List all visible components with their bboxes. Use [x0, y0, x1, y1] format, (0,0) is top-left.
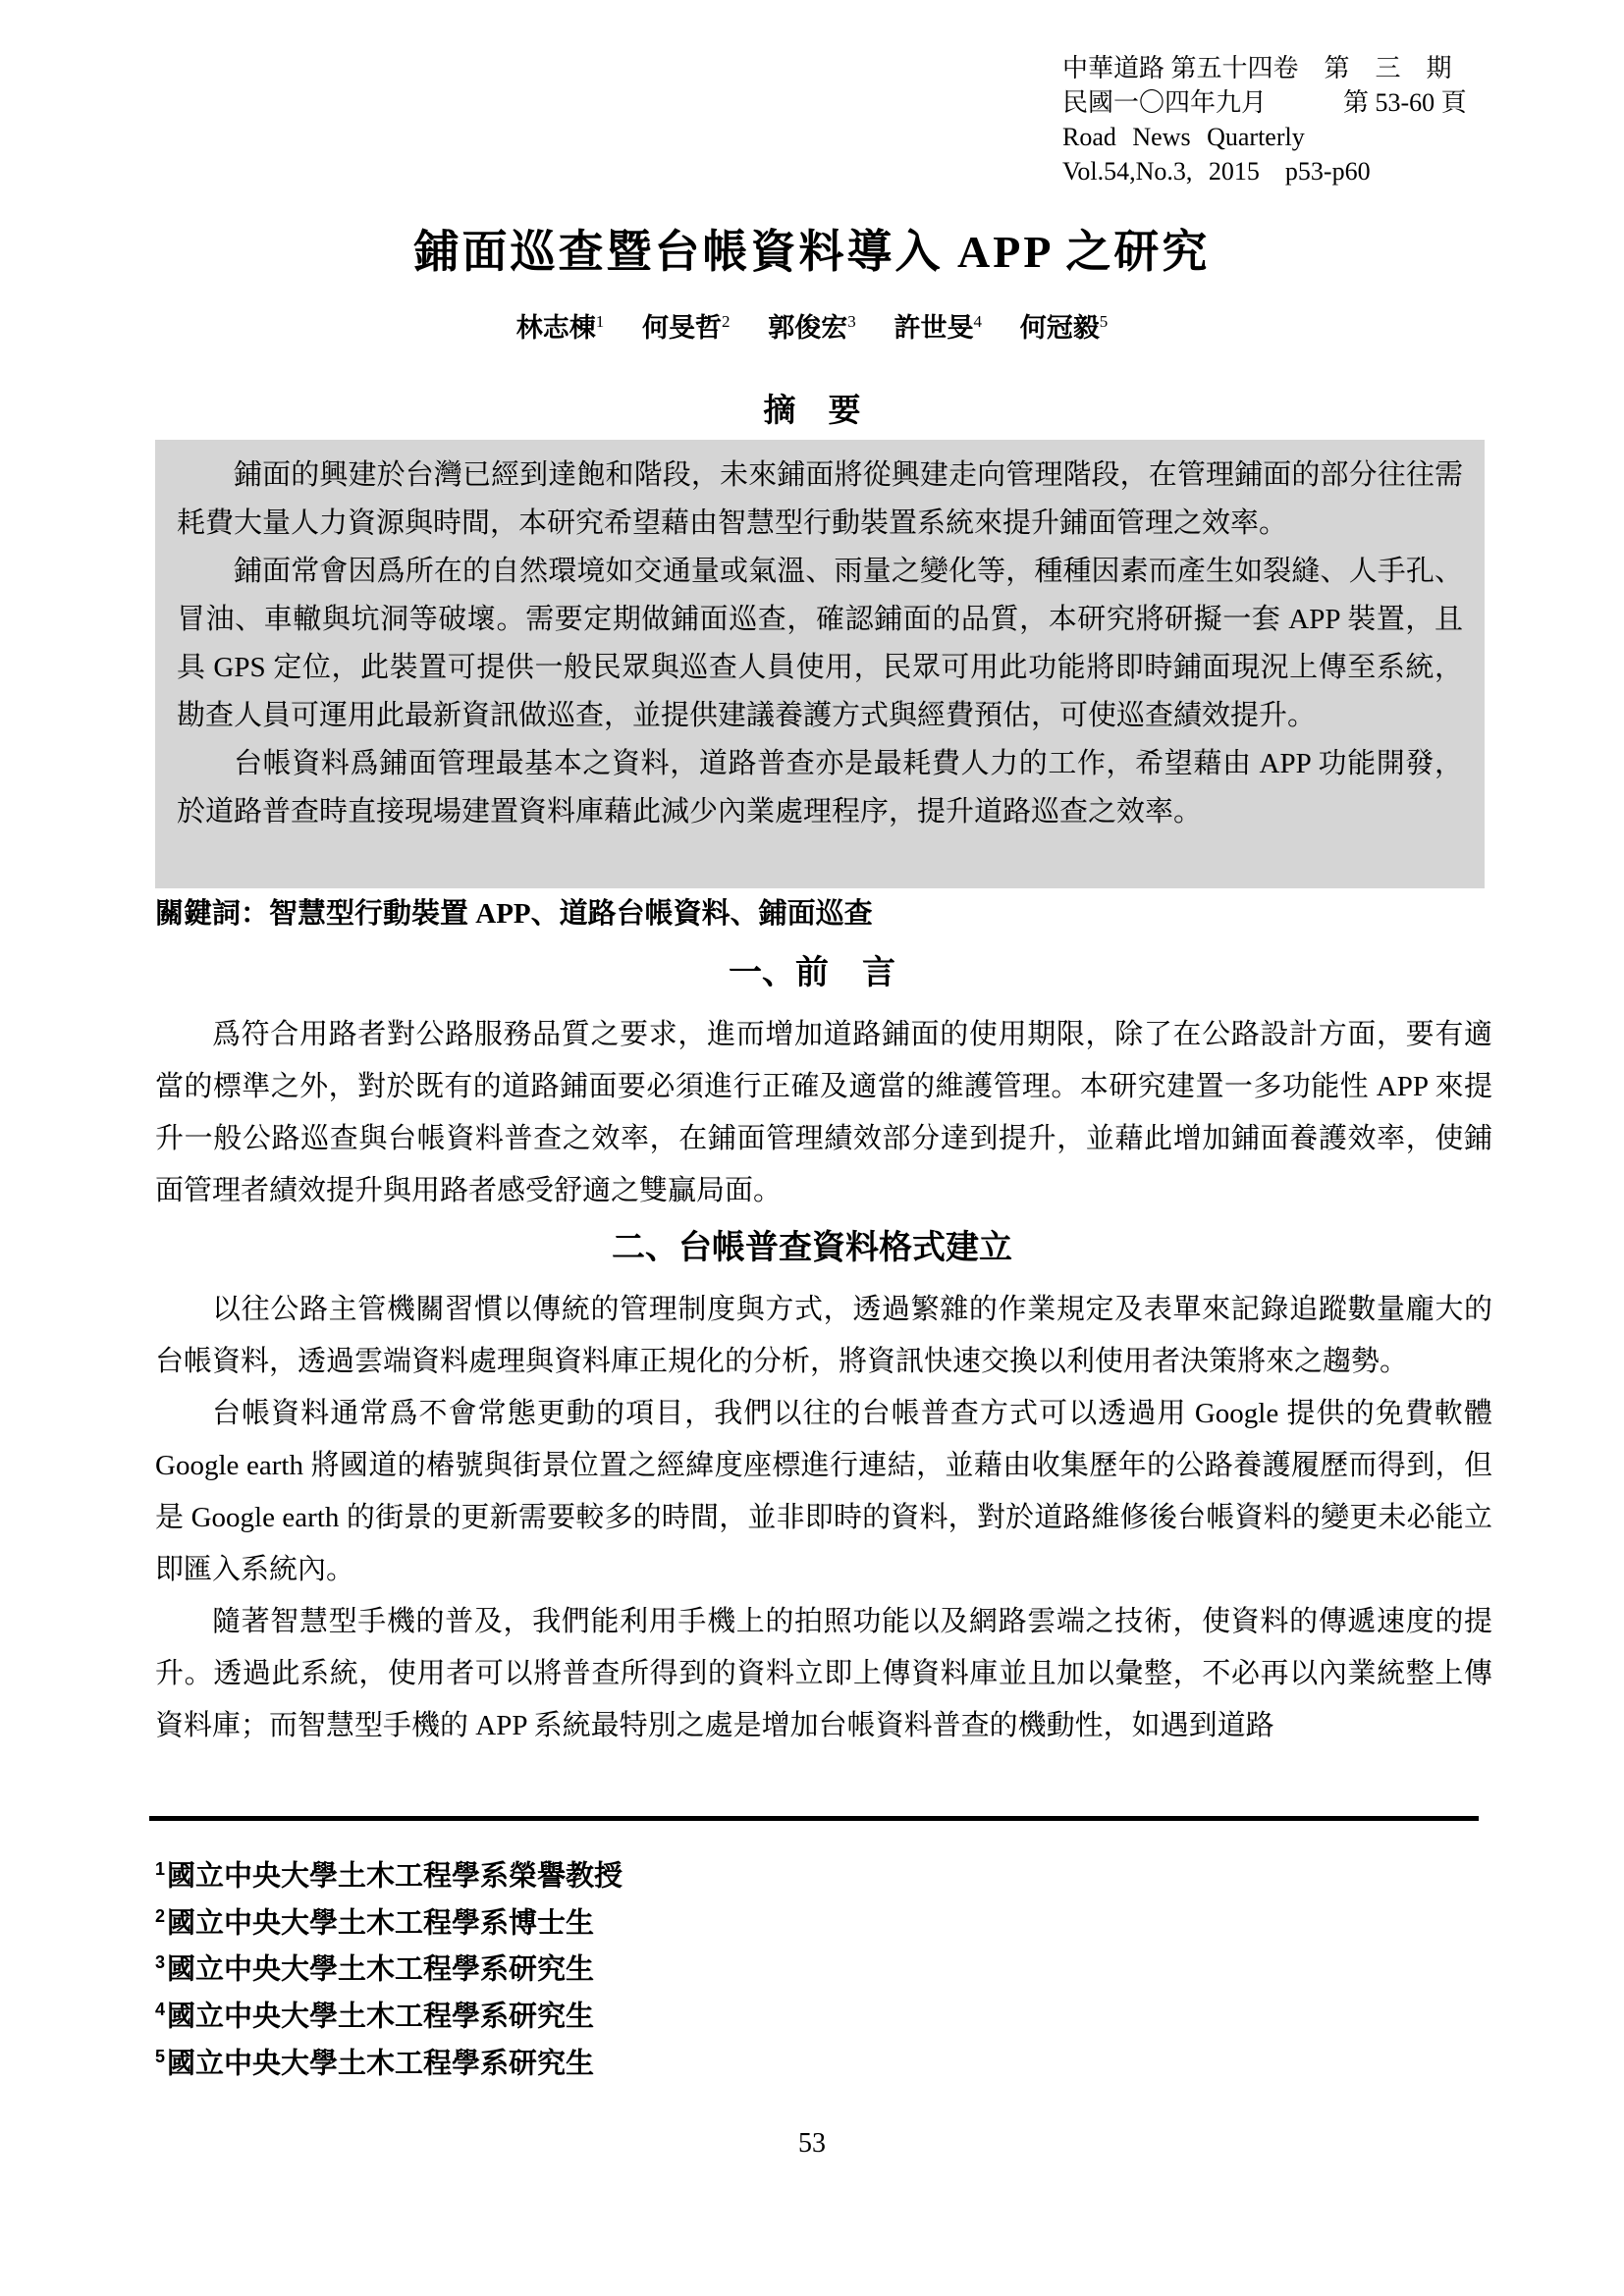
journal-header: 中華道路 第五十四卷 第 三 期 民國一〇四年九月 第 53-60 頁 Road… [1062, 51, 1467, 188]
abstract-paragraph-3: 台帳資料爲鋪面管理最基本之資料，道路普查亦是最耗費人力的工作，希望藉由 APP … [177, 740, 1463, 836]
keywords-line: 關鍵詞：智慧型行動裝置 APP、道路台帳資料、鋪面巡查 [155, 891, 1492, 932]
author-5: 何冠毅5 [1020, 313, 1109, 343]
author-2: 何旻哲2 [642, 313, 731, 343]
footnote-1: 1國立中央大學土木工程學系榮譽教授 [155, 1849, 1492, 1896]
journal-header-line3: Road News Quarterly [1062, 120, 1467, 154]
footnote-4-number: 4 [155, 2000, 165, 2019]
section-ledger-format-body: 以往公路主管機關習慣以傳統的管理制度與方式，透過繁雜的作業規定及表單來記錄追蹤數… [155, 1284, 1492, 1752]
paper-page: 中華道路 第五十四卷 第 三 期 民國一〇四年九月 第 53-60 頁 Road… [0, 0, 1624, 2296]
journal-header-line1: 中華道路 第五十四卷 第 三 期 [1062, 51, 1467, 85]
abstract-box: 鋪面的興建於台灣已經到達飽和階段，未來鋪面將從興建走向管理階段，在管理鋪面的部分… [155, 440, 1485, 888]
page-title: 鋪面巡查暨台帳資料導入 APP 之研究 [0, 216, 1624, 281]
section-1-paragraph-1: 爲符合用路者對公路服務品質之要求，進而增加道路鋪面的使用期限，除了在公路設計方面… [155, 1009, 1492, 1217]
footnote-5-text: 國立中央大學土木工程學系研究生 [167, 2048, 594, 2079]
footnote-1-text: 國立中央大學土木工程學系榮譽教授 [167, 1861, 623, 1893]
author-5-name: 何冠毅 [1020, 313, 1100, 343]
footnote-3-number: 3 [155, 1952, 165, 1972]
author-3-name: 郭俊宏 [768, 313, 847, 343]
abstract-paragraph-2: 鋪面常會因爲所在的自然環境如交通量或氣溫、雨量之變化等，種種因素而產生如裂縫、人… [177, 548, 1463, 740]
author-1-name: 林志棟 [516, 313, 596, 343]
author-4-name: 許世旻 [894, 313, 974, 343]
footnote-2: 2國立中央大學土木工程學系博士生 [155, 1896, 1492, 1944]
footnote-4-text: 國立中央大學土木工程學系研究生 [167, 2002, 594, 2033]
author-2-name: 何旻哲 [642, 313, 722, 343]
author-3: 郭俊宏3 [768, 313, 856, 343]
abstract-paragraph-1: 鋪面的興建於台灣已經到達飽和階段，未來鋪面將從興建走向管理階段，在管理鋪面的部分… [177, 452, 1463, 548]
section-heading-introduction: 一、前 言 [0, 945, 1624, 993]
footnote-1-number: 1 [155, 1859, 165, 1879]
author-5-affiliation-ref: 5 [1100, 312, 1109, 331]
footnote-3: 3國立中央大學土木工程學系研究生 [155, 1943, 1492, 1990]
author-4-affiliation-ref: 4 [974, 312, 983, 331]
footnote-5-number: 5 [155, 2047, 165, 2066]
section-2-paragraph-2: 台帳資料通常爲不會常態更動的項目，我們以往的台帳普查方式可以透過用 Google… [155, 1388, 1492, 1596]
footnote-divider [149, 1816, 1479, 1821]
section-2-paragraph-1: 以往公路主管機關習慣以傳統的管理制度與方式，透過繁雜的作業規定及表單來記錄追蹤數… [155, 1284, 1492, 1388]
author-2-affiliation-ref: 2 [722, 312, 731, 331]
footnote-2-number: 2 [155, 1906, 165, 1926]
footnote-4: 4國立中央大學土木工程學系研究生 [155, 1990, 1492, 2037]
author-1: 林志棟1 [516, 313, 605, 343]
footnote-5: 5國立中央大學土木工程學系研究生 [155, 2037, 1492, 2084]
footnotes: 1國立中央大學土木工程學系榮譽教授 2國立中央大學土木工程學系博士生 3國立中央… [155, 1849, 1492, 2083]
journal-header-line2: 民國一〇四年九月 第 53-60 頁 [1062, 85, 1467, 120]
author-1-affiliation-ref: 1 [596, 312, 605, 331]
section-introduction-body: 爲符合用路者對公路服務品質之要求，進而增加道路鋪面的使用期限，除了在公路設計方面… [155, 1009, 1492, 1217]
footnote-2-text: 國立中央大學土木工程學系博士生 [167, 1907, 594, 1939]
abstract-heading: 摘 要 [0, 385, 1624, 431]
author-4: 許世旻4 [894, 313, 983, 343]
journal-header-line4: Vol.54,No.3, 2015 p53-p60 [1062, 154, 1467, 188]
section-2-paragraph-3: 隨著智慧型手機的普及，我們能利用手機上的拍照功能以及網路雲端之技術，使資料的傳遞… [155, 1596, 1492, 1752]
page-number: 53 [0, 2128, 1624, 2160]
author-line: 林志棟1 何旻哲2 郭俊宏3 許世旻4 何冠毅5 [0, 306, 1624, 345]
author-3-affiliation-ref: 3 [847, 312, 856, 331]
section-heading-ledger-format: 二、台帳普查資料格式建立 [0, 1220, 1624, 1268]
footnote-3-text: 國立中央大學土木工程學系研究生 [167, 1954, 594, 1986]
